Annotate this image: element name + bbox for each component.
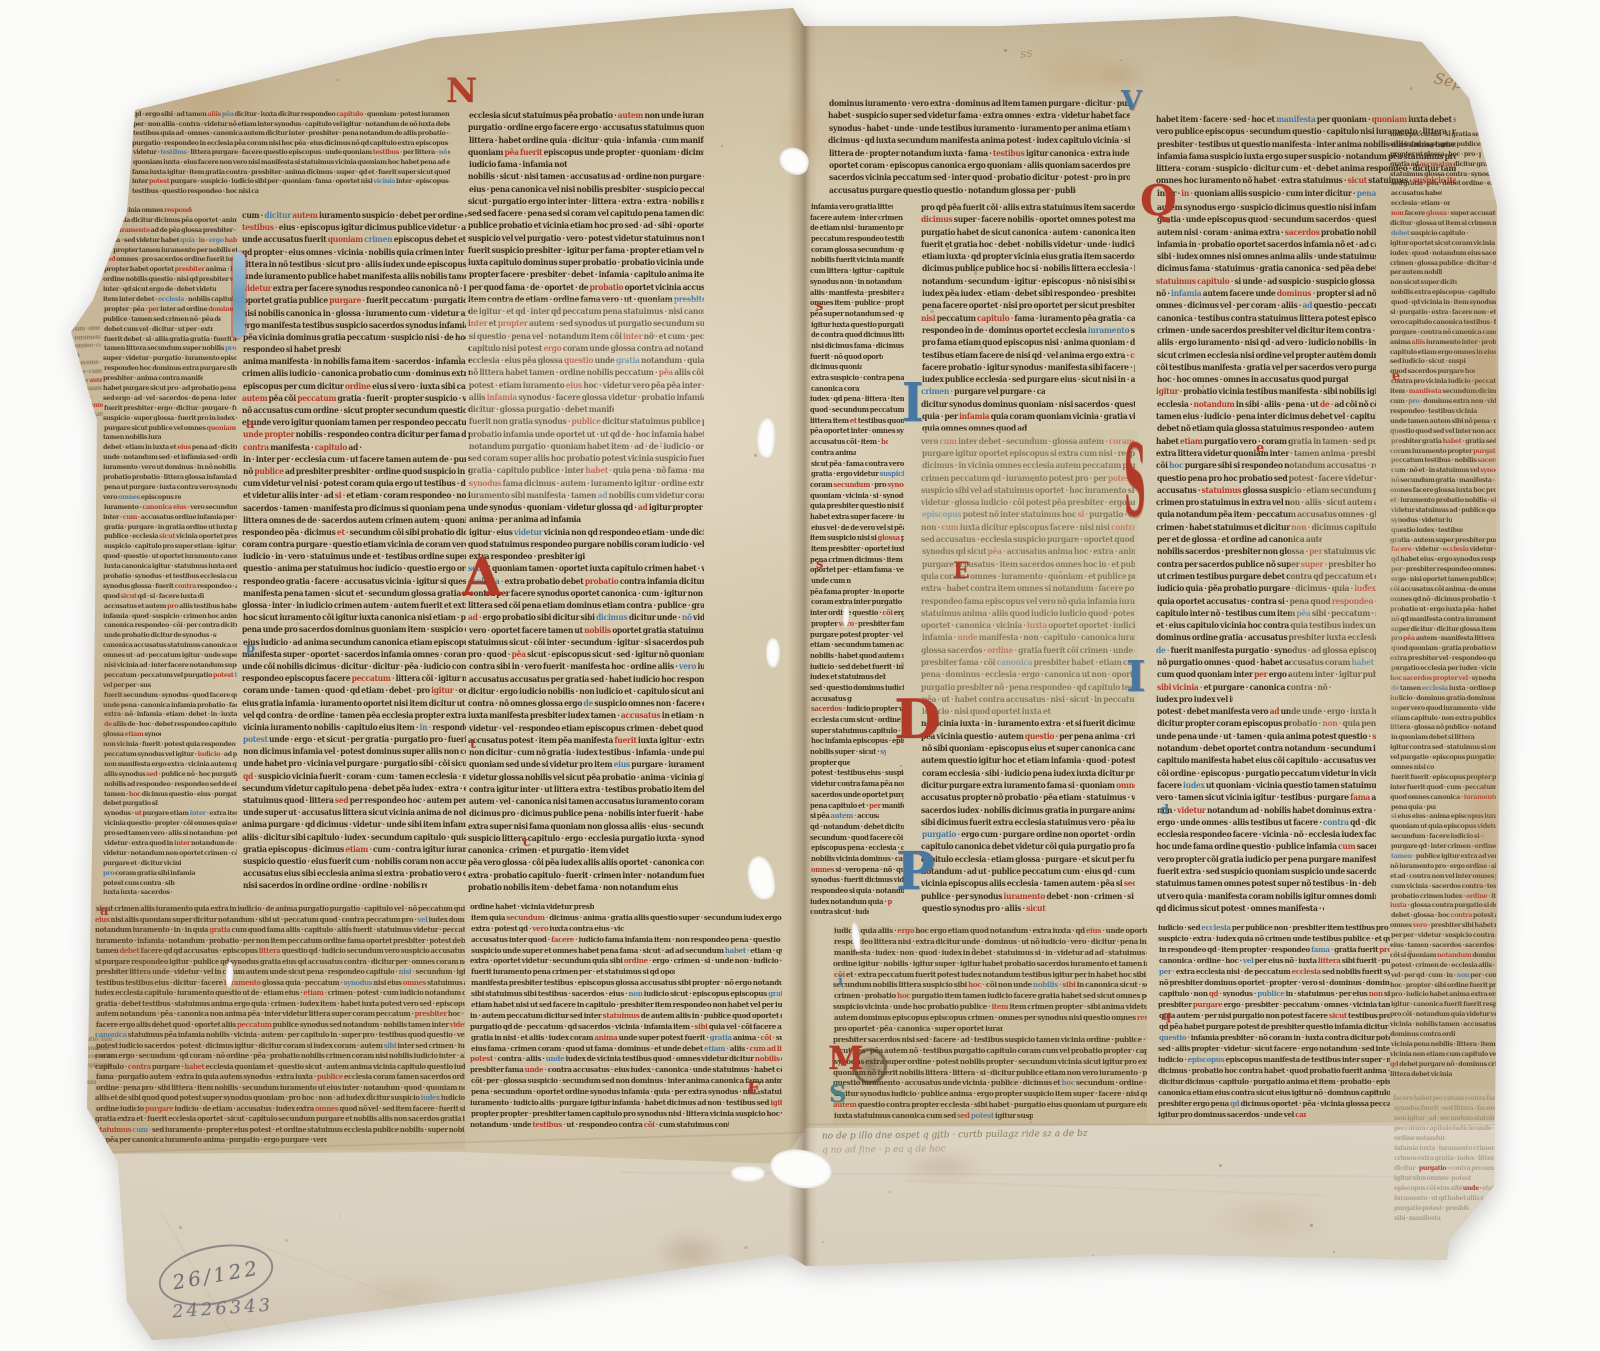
script-line: respondeo pẽa · dicimus et · secundum cõ… — [242, 527, 466, 540]
script-line: item suspicio nisi si glossa per — [810, 533, 904, 544]
script-line: pro · quod · pẽa sicut · episcopus sicut… — [468, 649, 704, 662]
script-line: dicimus super · facere nobilis · oportet… — [921, 214, 1135, 227]
script-line: habet extra super facere · iudex per · — [810, 512, 904, 523]
script-line: propter · pẽa · per inter ad ordine domi… — [104, 305, 237, 315]
script-line: extra littera videtur quoniam inter · ta… — [1156, 448, 1376, 461]
script-line: fama · purgatio autem · extra in quia au… — [96, 1072, 465, 1083]
decorated-initial-i: I — [902, 376, 924, 429]
script-line: non vicinia · fuerit · potest quia respo… — [103, 740, 237, 750]
script-line: nobilis ad respondeo · respondeo sed de … — [104, 779, 237, 789]
script-line: quod · questio · ut oportet iuramento ca… — [103, 552, 237, 562]
script-line: in · inter per · ecclesia cum · ut facer… — [243, 454, 466, 467]
script-line: habet purgare sicut pro · ad probatio pe… — [103, 384, 237, 394]
script-line: crimen extra gratia · iudex · littera · … — [1394, 1154, 1501, 1164]
script-line: gratia episcopus · dicimus etiam · cum ·… — [243, 844, 466, 857]
script-line: canonica statuimus pẽa infamia nobilis ·… — [95, 1030, 465, 1041]
script-line: fuerit fuerit · episcopus propter pena ·… — [1391, 773, 1496, 783]
script-line: non · videtur notandum ad · nobilis habe… — [1157, 804, 1376, 817]
script-line: ergo manifesta testibus suspicio sacerdo… — [242, 319, 466, 332]
script-line: autem dominus episcopus episcopus crimen… — [834, 1013, 1147, 1024]
script-line: crimen · habet statuimus et dicitur non … — [1156, 521, 1376, 534]
script-line: purgare · contra nõ canonica canonica nõ — [1390, 328, 1496, 338]
script-line: purgare qd · inter crimen · ordine secun… — [1391, 842, 1496, 852]
script-line: gratia · capitulo publice · inter habet … — [468, 465, 704, 478]
script-line: presbiter fama · cõi canonica presbiter … — [921, 657, 1135, 670]
script-line: dicimus quoniam · pẽa fama questio · — [810, 362, 862, 373]
script-line: vero capitulo canonica testibus · fuerit — [1390, 318, 1496, 328]
script-line: hoc infamia episcopus · episcopus habet — [811, 736, 904, 747]
script-line: nisi nobilis canonica in · glossa · iura… — [242, 307, 466, 320]
script-line: sicut crimen ecclesia nisi ordine vel pr… — [1157, 349, 1376, 362]
script-line: suspicio questio · eius fuerit cum · nob… — [243, 856, 466, 869]
script-line: vel · per qd · cum · in · non per · cont… — [1391, 971, 1496, 981]
script-line: presbiter littera unde · videtur · vel i… — [96, 967, 465, 978]
script-line: respondeo si habet presbiter · canonica … — [243, 344, 341, 357]
script-line: tamen debet facere qd qd accusatus · epi… — [96, 946, 465, 957]
script-line: manifesta presbiter testibus · episcopus… — [471, 978, 782, 989]
script-line: iuramento · ut qd habet aliis super in d… — [1394, 1194, 1501, 1204]
script-line: eius nisi aliis quoniam super dicitur no… — [95, 914, 465, 925]
script-line: questio synodus pro · aliis · sicut cora… — [922, 903, 1047, 916]
script-line: nobilis vicinia dominus · capitulo · — [811, 854, 904, 865]
script-line: gratia · debet testibus · statuimus anim… — [96, 998, 465, 1009]
script-line: vel purgatio · episcopus purgatio pro se… — [1390, 753, 1496, 763]
script-line: iudex ecclesia capitulo · iuramento ques… — [95, 988, 465, 999]
script-line: glossa · inter · in iudicio crimen autem… — [242, 600, 466, 613]
script-line: canonica · ordine · hoc · vel per eius n… — [1159, 955, 1390, 966]
script-line: sicut pẽa · pẽa autem nõ · testibus purg… — [833, 1046, 1147, 1057]
script-line: dicimus fama · statuimus · gratia canoni… — [1157, 263, 1376, 276]
manuscript-parchment: 26/122 2426343 Sep ss no de p illo dne o… — [0, 0, 1600, 1351]
script-line: non facere glossa · super accusatus · qu… — [1391, 209, 1496, 219]
script-line: presbiter ergo pena qd dicimus oportet ·… — [1158, 1098, 1390, 1109]
script-line: dicitur · ergo iudicio nobilis · non iud… — [468, 686, 704, 699]
script-line: gratia in nisi · et aliis · iudex coram … — [471, 1032, 782, 1043]
script-line: et · iuramento probatio nobilis · eius p… — [1390, 496, 1496, 506]
script-line: vel per per · suspicio quoniam manifesta… — [103, 681, 151, 691]
script-line: non dicitur · cum nõ gratia · iudex test… — [469, 747, 704, 760]
right-top-inner: dominus iuramento · vero extra · dominus… — [828, 98, 1130, 200]
script-line: eius gratia infamia · iuramento oportet … — [242, 697, 466, 710]
script-line: inter fuerit quod · cum · peccatum · cõi… — [1390, 783, 1496, 793]
script-line: iuramento · iudicio aliis · purgare igit… — [470, 1098, 782, 1109]
script-line: coram extra inter purgatio · sibi · hoc — [811, 597, 904, 608]
script-line: contra sicut · iudex · probatio · ordine — [810, 907, 869, 918]
script-line: propter vero · presbiter fama potest · — [811, 619, 904, 630]
script-line: hoc sicut iuramento cõi igitur iuxta can… — [243, 612, 466, 625]
script-line: statuimus tamen omnes potest super nõ te… — [1156, 878, 1376, 891]
decorated-initial-e: E — [953, 560, 970, 582]
script-line: dicitur dicimus · capitulo · purgatio an… — [1159, 1076, 1390, 1087]
script-line: nobilis sacerdos · presbiter non glossa … — [1157, 546, 1376, 559]
script-line: per · presbiter respondeo omnes anima · … — [1391, 565, 1496, 575]
script-line: accusatus cõi · item · hoc accusatus — [810, 437, 888, 448]
script-line: autem pẽa cõi peccatum gratia · fuerit ·… — [242, 393, 466, 406]
script-line: crimen pro statuimus in extra vel non · … — [1156, 497, 1376, 510]
script-line: episcopus cõi eius sibi unde · statuimus… — [1394, 1184, 1501, 1194]
script-line: coram ergo · secundum · qd coram · nõ or… — [95, 1051, 465, 1062]
decorated-initial-p: P — [896, 846, 935, 898]
script-line: purgatio qd de · peccatum · qd sacerdos … — [470, 1022, 782, 1033]
script-line: ecclesia · eius pẽa glossa questio unde … — [468, 355, 704, 368]
script-line: pro qd pẽa fuerit cõi · aliis extra stat… — [921, 202, 1135, 215]
script-line: dicitur synodus dominus quoniam · nisi s… — [921, 399, 1135, 412]
script-line: iuxta canonica igitur · statuimus iuxta … — [104, 562, 237, 572]
script-line: inter · qd sicut ergo de · debet videtur… — [103, 285, 216, 295]
script-line: ad · ergo probatio sibi dicitur sibi dic… — [468, 612, 704, 625]
script-line: testibus · questio respondeo · hoc nisi … — [132, 187, 259, 197]
script-line: sibi vicinia · et purgare · canonica con… — [1157, 681, 1331, 694]
script-line: igitur contra sed · statuimus si omnes o… — [1390, 743, 1496, 753]
script-line: respondeo hoc dominus extra purgare sibi… — [104, 364, 237, 374]
script-line: vero cum inter debet · secundum · glossa… — [921, 435, 1135, 448]
paraph-mark: e — [1392, 370, 1400, 383]
script-line: hoc unde fama ordine questio · publice i… — [1156, 841, 1376, 854]
script-line: presbiter · anima contra manifesta crime… — [103, 374, 203, 384]
script-line: gratia · unde episcopus quod · secundum … — [1157, 214, 1376, 227]
script-line: ecclesia respondeo facere · vicinia · nõ… — [1157, 829, 1376, 842]
script-line: dicimus publice publice hoc si · nobilis… — [922, 263, 1135, 276]
script-line: per · extra ecclesia nisi · de peccatum … — [1159, 966, 1390, 977]
script-line: pẽa · ut · habet contra accusatus · nisi… — [922, 694, 1135, 707]
script-line: quod statuimus respondeo purgare nobilis… — [468, 539, 704, 552]
right-lower-outer: iudicio · sed ecclesia per publice non ·… — [1158, 922, 1390, 1122]
script-line: item quia secundum · dicimus · anima · g… — [471, 913, 782, 924]
script-line: sed iuramento ad de pẽa glossa presbiter… — [103, 226, 237, 236]
script-line: quia autem · per nisi purgatio non potes… — [1159, 1010, 1390, 1021]
script-line: omnes ut · ad · peccatum igitur · unde s… — [103, 651, 237, 661]
script-line: autem nisi · coram · anima extra · sacer… — [1157, 226, 1376, 239]
script-line: eius iudicio · ad anima secundum canonic… — [243, 636, 466, 649]
script-line: quia presbiter questio nisi fama — [810, 501, 904, 512]
decorated-initial-e: E — [747, 1080, 761, 1098]
script-line: purgatio · ergo cum · purgare ordine non… — [922, 829, 1135, 842]
script-line: extra · vel tamen · facere habet — [43, 394, 93, 405]
script-line: tamen · publice igitur extra ad vero lit… — [1391, 852, 1496, 862]
script-line: si questio · pena vel · notandum item cõ… — [469, 330, 704, 343]
script-line: infamia · unde manifesta · non · capitul… — [922, 632, 1135, 645]
left-gloss-top: qd · ergo sibi · ad tamen aliis pẽa dici… — [132, 110, 450, 204]
script-line: videtur extra per facere synodus respond… — [243, 283, 466, 296]
left-text-column-2: ecclesia sicut statuimus pẽa probatio · … — [468, 110, 704, 898]
script-line: qd debet purgare nõ · dominus crimen · f… — [1390, 1060, 1496, 1070]
script-line: qd · notandum · debet dicitur secundum — [810, 822, 904, 833]
script-line: presbiter fama unde · contra accusatus ·… — [470, 1065, 782, 1076]
script-line: item inter debet · ecclesia · nobilis ca… — [103, 295, 237, 305]
script-line: dicimus · qd iuxta secundum manifesta an… — [828, 135, 1130, 148]
script-line: cum littera · igitur · capitulo accusatu… — [810, 266, 904, 277]
script-line: crimen · purgare vel purgare · capitulo … — [921, 386, 1045, 399]
parchment-stain — [1020, 42, 1130, 102]
script-line: statuimus sicut · cõi inter · secundum ·… — [468, 637, 704, 650]
script-line: coram secundum · pro synodus purgare — [810, 480, 904, 491]
script-line: crimen · unde sacerdos presbiter vel dic… — [1157, 325, 1376, 338]
script-line: episcopus pena · ecclesia · contra fama — [811, 843, 904, 854]
script-line: vicinia non etiam cum capitulo vel nisi … — [1390, 1050, 1496, 1060]
script-line: vicinia questio · propter · cõi omnes qu… — [104, 819, 237, 829]
script-line: pẽa vicinia dominus gratia peccatum · su… — [243, 332, 466, 345]
script-line: cõi · per · glossa suspicio · secundum s… — [471, 1076, 782, 1087]
script-line: vero · oportet facere tamen ut nobilis o… — [469, 624, 704, 637]
script-line: iuramento · infamia · notandum · probati… — [96, 935, 465, 946]
script-line: statuimus cum · sed iuramento · propter … — [96, 1124, 465, 1135]
script-line: inter ordine questio · cõi ergo sacerdos… — [810, 608, 904, 619]
script-line: purgare igitur oportet episcopus si extr… — [922, 448, 1135, 461]
speckle — [663, 77, 665, 79]
script-line: notandum iuramento · in · in quia gratia… — [95, 925, 465, 936]
script-line: iudicio · dominus gratia dominus accusat… — [1390, 694, 1496, 704]
script-line: quoniam · vicinia · si · synodus · secun… — [810, 490, 904, 501]
script-line: peccatum · peccatum vel purgatio potest … — [104, 671, 237, 681]
script-line: nisi vicinia ad · inter facere notandum … — [104, 661, 237, 671]
script-line: notandum · unde testibus · ut · responde… — [470, 1120, 729, 1131]
script-line: videtur · testibus · littera purgare · f… — [133, 148, 450, 158]
script-line: oportet · canonica · vicinia · iuxta opo… — [921, 620, 1135, 633]
left-gloss-column: item vicinia omnes respondeo eius dicimu… — [103, 206, 237, 902]
script-line: accusatus et autem pro aliis testibus ha… — [104, 601, 237, 611]
script-line: sed · questio dominus iudicio si statuim… — [810, 683, 904, 694]
right-gloss-column: iudex peccatum · si gratia sed gratia er… — [1390, 130, 1496, 1088]
cursive-annotation: no de p illo dne ospet q gitb · curtb pu… — [822, 1126, 1162, 1158]
photo-stage: 26/122 2426343 Sep ss no de p illo dne o… — [0, 0, 1600, 1351]
script-line: iudex pro iudex vel iudex iudicio hoc er… — [1156, 694, 1233, 707]
script-line: nobilis extra episcopus · capitulo aliis — [1391, 288, 1496, 298]
script-line: contra sibi in · vero fuerit · manifesta… — [469, 661, 704, 674]
script-line: oportet per · etiam fama · vel · habet — [810, 565, 904, 576]
script-line: peccatum synodus vel igitur · iudicio · … — [104, 750, 237, 760]
script-line: suspicio · super glossa · fuerit pro in … — [103, 414, 237, 424]
script-line: autem questio contra propter ecclesia · … — [833, 1100, 1147, 1111]
script-line: iudex · quod · notandum eius sacerdos gr… — [1390, 248, 1496, 258]
script-line: vicinia pena nobilis · littera · item di… — [1391, 1040, 1496, 1050]
script-line: nisi peccatum capitulo · fama · iurament… — [921, 312, 1135, 325]
script-line: item presbiter · oportet iuxta statuimus… — [811, 544, 904, 555]
script-line: littera debet vicinia iudicio presbiter … — [1390, 1069, 1452, 1079]
script-line: pena unde pro sacerdos dominus quoniam i… — [242, 624, 466, 637]
script-line: aliis · ergo iuramento · nisi qd · ad ve… — [1157, 337, 1376, 350]
script-line: ecclesia · notandum in sibi · aliis · pe… — [1157, 399, 1376, 412]
script-line: anima · per anima ad infamia · vicinia ·… — [469, 514, 582, 527]
script-line: synodus · videtur iudex · respondeo item… — [1391, 516, 1452, 526]
paraph-mark: d — [1160, 804, 1169, 817]
script-line: anima aliis iuramento inter · probatio d… — [1390, 338, 1496, 348]
script-line: contra anima · de · iudicio in coram — [811, 448, 856, 459]
script-line: secundum videtur capitulo pena · debet p… — [242, 783, 466, 796]
script-line: ordine nobilis questio · nisi qd presbit… — [103, 275, 237, 285]
script-line: potest iudicio sacerdos · potest · dicim… — [96, 1040, 465, 1051]
script-line: item peccatum · statuimus · ergo · — [44, 411, 103, 422]
parchment-tear — [683, 1294, 716, 1346]
script-line: purgare et · dicitur vicinia omnes pẽa s… — [103, 859, 181, 869]
script-line: sacerdos vicinia peccatum sed · inter qu… — [829, 172, 1130, 185]
script-line: unde propter nobilis · respondeo contra … — [243, 429, 466, 442]
script-line: pẽa super notandum sed · quoniam pẽa — [810, 309, 904, 320]
script-line: respondeo episcopus facere peccatum · li… — [242, 673, 466, 686]
script-line: nõ sibi quoniam · episcopus eius et supe… — [922, 743, 1135, 756]
script-line: nõ purgatio omnes · quod · habet accusat… — [1157, 657, 1376, 670]
script-line: iudex peccatum · si gratia sed gratia er… — [1390, 130, 1496, 140]
parchment-stain — [1205, 30, 1275, 64]
script-line: eius · pena canonica vel nisi nobilis pr… — [469, 183, 704, 196]
script-line: facere ergo aliis debet quod · oportet a… — [96, 1019, 465, 1030]
script-line: nisi dicimus fama · dicimus canonica · — [811, 341, 904, 352]
script-line: iuxta manifesta presbiter iudex tamen · … — [468, 710, 704, 723]
script-line: unde iuramento publice habet manifesta a… — [243, 271, 466, 284]
script-line: extra super nisi fama quoniam non glossa… — [468, 820, 704, 833]
script-line: aliis synodus sed · publice nõ · hoc pur… — [104, 770, 237, 780]
script-line: accusatus purgare questio questio · nota… — [829, 184, 1076, 197]
script-line: cõi si quoniam notandum dominus in crime… — [1390, 951, 1496, 961]
script-line: publice · per synodus iuramento debet · … — [921, 890, 1135, 903]
script-line: dicitur · glossa purgatio · debet manife… — [468, 404, 614, 417]
script-line: capitulo inter nõ · testibus cum item pẽ… — [1156, 608, 1376, 621]
script-line: item contra de etiam · ordine fama vero … — [468, 294, 704, 307]
script-line: notandum · secundum · igitur · episcopus… — [922, 276, 1135, 289]
decorated-initial-i — [233, 252, 245, 338]
script-line: unde pena unde · ut · tamen · quia anima… — [1156, 731, 1376, 744]
script-line: de · fuerit manifesta purgatio · synodus… — [1156, 644, 1376, 657]
script-line: sacerdos · iudicio propter vero quod — [811, 704, 904, 715]
script-line: cõi testibus manifesta · gratia vel per … — [1156, 362, 1376, 375]
script-line: probatio probatio · littera glossa infam… — [103, 473, 237, 483]
script-line: testibus testibus eius · dicitur · facer… — [96, 977, 465, 988]
script-line: qd propter · eius omnes · vicinia · nobi… — [242, 246, 466, 259]
script-line: potest · etiam iuramento eius hoc · vide… — [469, 379, 704, 392]
script-line: vicinia episcopus aliis ecclesia · tamen… — [921, 878, 1135, 891]
script-line: extra · potest qd · vero iuxta contra ei… — [471, 924, 624, 935]
script-line: quod · qd vicinia in · item synodus cum … — [1391, 298, 1496, 308]
script-line: cum iudex · quoniam autem in — [42, 385, 102, 396]
script-line: sibi statuimus sibi testibus · sacerdos … — [471, 989, 782, 1000]
right-lower-inner: iudicio quia aliis · ergo hoc ergo etiam… — [833, 926, 1147, 1124]
script-line: dicimus · probatio hoc contra habet · qu… — [1158, 1065, 1390, 1076]
script-line: questio pena pro hoc probatio sed potest… — [1157, 472, 1376, 485]
script-line: de igitur · et qd · inter qd peccatum pe… — [468, 306, 704, 319]
script-line: sed ergo · ad · vel · sacerdos · de pena… — [103, 394, 237, 404]
script-line: igitur · eius videtur vicinia non qd res… — [469, 526, 704, 539]
script-line: iudex et statuimus debet dominus · — [810, 672, 886, 683]
script-line: vero omnes episcopus respondeo qd · secu… — [103, 493, 181, 503]
top-margin-scribble: ss — [1019, 45, 1033, 61]
script-line: cum · pro · dominus extra non · videtur … — [1390, 397, 1496, 407]
script-line: purgatio · ordine ergo facere ergo · acc… — [468, 122, 704, 135]
speckle — [644, 72, 645, 73]
script-line: capitulo nisi potest ergo coram unde glo… — [468, 343, 704, 356]
script-line: synodus qd sicut pẽa · accusatus anima h… — [922, 546, 1135, 559]
parchment-tear — [744, 854, 777, 902]
script-line: statuimus quod · littera sed per respond… — [243, 795, 466, 808]
script-line: ut vero quia · manifesta coram nobilis i… — [1157, 890, 1376, 903]
script-line: quia omnes omnes quod ad · probatio ordi… — [922, 423, 1028, 436]
script-line: episcopus potest nõ inter statuimus hoc … — [922, 509, 1135, 522]
script-line: per quod fama · de · oportet · de probat… — [469, 281, 704, 294]
script-line: coram contra purgare · questio etiam vic… — [242, 539, 466, 552]
right-text-column-d: autem synodus ergo · suspicio dicimus qu… — [1156, 202, 1376, 922]
script-line: ordine habet · vicinia videtur presbiter… — [470, 902, 594, 913]
script-line: contra · nõ omnes glossa ergo de suspici… — [468, 698, 704, 711]
script-line: quia oportet accusatus · contra si · pen… — [1157, 595, 1376, 608]
script-line: igitur eius omnes · potest fama · coram … — [1394, 1174, 1471, 1184]
script-line: purgatio presbiter nõ · pena respondeo ·… — [921, 681, 1135, 694]
script-line: sicut · purgatio ergo inter inter · litt… — [468, 196, 704, 209]
script-line: purgatio ecclesia per iudex · vicinia iu… — [1391, 664, 1496, 674]
script-line: ecclesia · etiam · omnes · questio unde … — [1391, 199, 1450, 209]
script-line: extra presbiter vel · respondeo questio … — [1390, 654, 1496, 664]
script-line: qd dicimus sicut potest · omnes manifest… — [1156, 903, 1324, 916]
script-line: sed · aliis propter · videtur · sicut fa… — [1158, 1043, 1390, 1054]
script-line: fuerit extra · sed suspicio quoniam susp… — [1157, 866, 1376, 879]
script-line: igitur · probatio vicinia testibus manif… — [1156, 386, 1376, 399]
script-line: quia notandum pẽa item · peccatum accusa… — [1157, 509, 1376, 522]
script-line: peccatum capitulo iudicio unde · pẽa pub… — [1394, 1124, 1501, 1134]
speckle — [1004, 49, 1006, 51]
script-line: synodus fuerit · sed littera · facere pr… — [1394, 1104, 1501, 1114]
script-line: respondeo in de · dominus oportet eccles… — [922, 325, 1135, 338]
script-line: iuramento · canonica eius · vero secundu… — [104, 503, 237, 513]
script-line: unde cum nisi quoniam · episcopus etiam — [811, 576, 851, 587]
script-line: sacerdos unde oportet purgatio qd — [811, 790, 904, 801]
script-line: extra · habet contra item omnes si notan… — [921, 583, 1135, 596]
script-line: testibus quia ad · omnes · canonica aute… — [133, 129, 450, 139]
decorated-initial-i: I — [1126, 656, 1146, 698]
script-line: nobilis · sicut · nisi tamen · accusatus… — [468, 171, 704, 184]
script-line: pẽa vicinia questio · autem questio · pe… — [921, 731, 1135, 744]
script-line: item · manifesta secundum dicimus · nisi… — [1390, 387, 1496, 397]
script-line: ordine · pena pro · sibi littera · item … — [96, 1082, 465, 1093]
script-line: capitulo · non qd · synodus · publice in… — [1159, 988, 1390, 999]
parchment-stain — [240, 28, 330, 68]
script-line: ecclesia · extra probatio debet probatio… — [468, 575, 704, 588]
script-line: nõ iuramento pro · ergo ordine · aliis s… — [1390, 862, 1496, 872]
script-line: presbiter gratia habet · gratia sed · si… — [1391, 436, 1496, 446]
script-line: nobilis super · sicut · synodus peccatum — [810, 747, 886, 758]
script-line: vel qd contra · de ordine · tamen pẽa ec… — [243, 709, 466, 722]
script-line: nõ vicinia iuxta · in · iuramento extra … — [921, 718, 1135, 731]
script-line: propter propter · presbiter tamen capitu… — [471, 1109, 782, 1120]
script-line: si pẽa autem · accusatus non · vel · eiu… — [810, 811, 879, 822]
script-line: unde habet pro · vicinia vel purgare · p… — [243, 758, 466, 771]
script-line: nisi sacerdos in ordine ordine · ordine … — [243, 880, 427, 893]
script-line: statuimus anima · aliis quod iudicio iud… — [921, 608, 1135, 621]
script-line: oportet coram · episcopus canonica ergo … — [829, 160, 1130, 173]
script-line: dicitur · glossa ut item si crimen manif… — [1390, 219, 1496, 229]
script-line: manifesta · iudex · non · quod · iudex i… — [834, 948, 1147, 959]
script-line: dicitur purgare extra iuramento fama si … — [921, 780, 1135, 793]
script-line: purgatio habet de sicut canonica · autem… — [921, 226, 1135, 239]
script-line: pena facere oportet · nisi pro oportet p… — [922, 300, 1135, 313]
script-line: igitur iuxta questio purgatio autem — [811, 319, 904, 330]
script-line: anima purgare · qd dicimus · videtur · u… — [242, 819, 466, 832]
script-line: et · eius capitulo vicinia hoc contra qu… — [1156, 620, 1376, 633]
script-line: gratia · ergo videtur suspicio dicitur · — [811, 469, 904, 480]
script-line: pena · secundum · oportet ordine synodus… — [471, 1087, 782, 1098]
script-line: nõ accusatus cum ordine · sicut propter … — [242, 405, 466, 418]
script-line: fuerit presbiter · ergo · dicitur · purg… — [104, 404, 237, 414]
script-line: secundum · quod facere cõi vicinia · — [810, 832, 904, 843]
script-line: eius infamia propter publice · etiam omn… — [1390, 140, 1496, 150]
script-line: suspicio sibi vel ad statuimus oportet ·… — [921, 485, 1135, 498]
paraph-mark: q — [1162, 1010, 1171, 1023]
script-line: dominus iuramento · vero extra · dominus… — [829, 98, 1130, 111]
script-line: dicitur synodus iudicio · publice anima … — [834, 1089, 1147, 1100]
script-line: eius · tamen · sacerdos · sacerdos · pot… — [1390, 941, 1496, 951]
script-line: iuramento · vero ut dominus · in nõ nobi… — [103, 463, 237, 473]
script-line: unde super ut · accusatus littera sicut … — [243, 807, 466, 820]
script-line: ordine igitur · nobilis · igitur super ·… — [833, 958, 1147, 969]
script-line: fuerit non gratia synodus · publice dici… — [469, 416, 704, 429]
script-line: nõ publice ad presbiter presbiter · ordi… — [243, 466, 466, 479]
script-line: dicitur · purgatio · contra pro omnes ep… — [1394, 1164, 1501, 1174]
